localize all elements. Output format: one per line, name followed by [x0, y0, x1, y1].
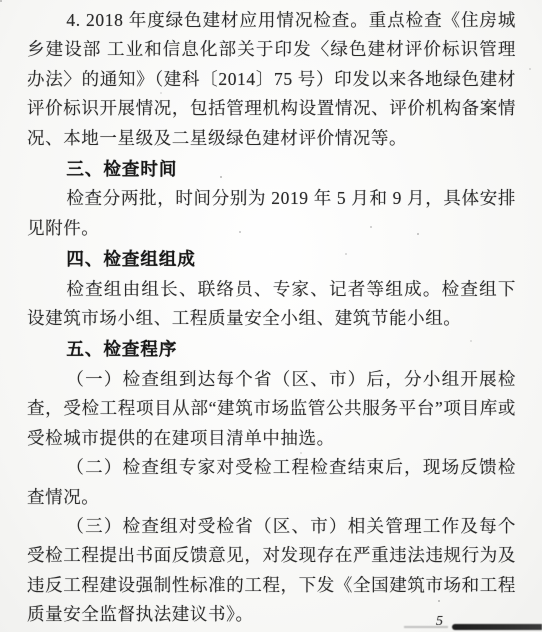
heading-section3-inspection-time: 三、检查时间 [27, 155, 516, 184]
page-number: 5 [436, 614, 443, 630]
paragraph-inspection-team-composition: 检查组由组长、联络员、专家、记者等组成。检查组下设建筑市场小组、工程质量安全小组… [27, 275, 516, 334]
heading-section4-inspection-team-composition: 四、检查组组成 [27, 245, 516, 274]
scan-smear-mark [452, 624, 542, 630]
paragraph-item4-green-building-materials: 4. 2018 年度绿色建材应用情况检查。重点检查《住房城乡建设部 工业和信息化… [27, 6, 516, 153]
scan-noise-specks [0, 0, 2, 2]
paragraph-inspection-time: 检查分两批，时间分别为 2019 年 5 月和 9 月，具体安排见附件。 [27, 184, 516, 243]
page-footer: 5 [0, 612, 542, 632]
paragraph-procedure-step2: （二）检查组专家对受检工程检查结束后，现场反馈检查情况。 [27, 453, 516, 512]
heading-section5-inspection-procedure: 五、检查程序 [27, 335, 516, 364]
document-body: 4. 2018 年度绿色建材应用情况检查。重点检查《住房城乡建设部 工业和信息化… [27, 6, 516, 630]
paragraph-procedure-step1: （一）检查组到达每个省（区、市）后，分小组开展检查，受检工程项目从部“建筑市场监… [27, 365, 516, 453]
scanned-document-page: 4. 2018 年度绿色建材应用情况检查。重点检查《住房城乡建设部 工业和信息化… [0, 0, 542, 632]
